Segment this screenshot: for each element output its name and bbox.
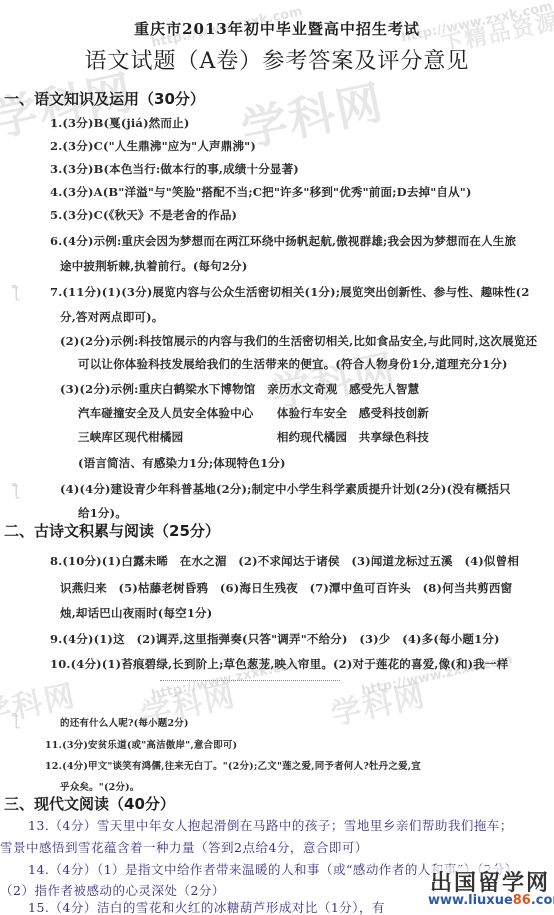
answer-line: 6.(4分)示例:重庆会因为梦想而在两江环绕中扬帆起航,傲视群雄;我会因为梦想而… <box>50 233 516 249</box>
answer-line: 识燕归来 (5)枯藤老树昏鸦 (6)海日生残夜 (7)潭中鱼可百许头 (8)何当… <box>60 580 512 596</box>
answer-line: （2）指作者被感动的心灵深处（2分） <box>0 881 225 899</box>
logo-url-accent: 86 <box>513 893 531 908</box>
answer-line: 10.(4分)(1)苔痕碧绿,长到阶上;草色葱茏,映入帘里。(2)对于莲花的喜爱… <box>50 656 508 672</box>
margin-scribble: ƪ <box>14 710 19 729</box>
margin-scribble: ƪ <box>14 480 19 499</box>
logo-url-prefix: www.liuxue <box>428 893 513 908</box>
answer-line: 13.（4分）雪天里中年女人抱起滑倒在马路中的孩子；雪地里乡亲们帮助我们拖车； <box>28 816 513 834</box>
answer-line: (3)(2分)示例:重庆白鹤梁水下博物馆 亲历水文奇观 感受先人智慧 <box>60 381 419 397</box>
answer-line: 三峡库区现代柑橘园 相约现代橘园 共享绿色科技 <box>78 429 429 445</box>
answer-line: 乎众矣。"(2分)。 <box>60 779 140 793</box>
answer-line: 给1分)。 <box>78 505 127 521</box>
watermark-brand: 学科网 <box>235 66 390 160</box>
answer-line: 8.(10分)(1)白露未晞 在水之湄 (2)不求闻达于诸侯 (3)闻道龙标过五… <box>50 553 519 569</box>
answer-line: 途中披荆斩棘,执着前行。(每句2分) <box>60 258 248 274</box>
main-title: 语文试题（A卷）参考答案及评分意见 <box>0 44 554 75</box>
site-logo-url: www.liuxue86.com <box>428 893 554 908</box>
answer-line: 分,答对两点即可)。 <box>60 309 163 325</box>
answer-line: 12.(4分)甲文"谈笑有鸿儒,往来无白丁。"(2分);乙文"莲之爱,同予者何人… <box>45 758 421 772</box>
answer-line: 3.(3分)B(本色当行:做本行的事,成绩十分显著) <box>50 161 299 177</box>
answer-line: 4.(3分)A(B"洋溢"与"笑脸"搭配不当;C把"许多"移到"优秀"前面;D去… <box>50 184 472 200</box>
exam-title: 重庆市2013年初中毕业暨高中招生考试 <box>0 18 554 39</box>
answer-line: 雪景中感悟到雪花蕴含着一种力量（答到2点给4分，意合即可） <box>0 838 368 856</box>
answer-line: 2.(3分)C("人生鼎沸"应为"人声鼎沸") <box>50 138 256 154</box>
answer-line: 11.(3分)安贫乐道(或"高洁傲岸",意合即可) <box>45 737 237 751</box>
answer-line: 汽车碰撞安全及人员安全体验中心 体验行车安全 感受科技创新 <box>78 405 429 421</box>
logo-url-suffix: .com <box>531 893 554 908</box>
section-heading-2: 二、古诗文积累与阅读（25分） <box>4 520 220 541</box>
answer-line: (4)(4分)建设青少年科普基地(2分);制定中小学生科学素质提升计划(2分)(… <box>60 481 511 497</box>
section-heading-1: 一、语文知识及运用（30分） <box>4 88 205 109</box>
answer-line: (2)(2分)示例:科技馆展示的内容与我们的生活密切相关,比如食品安全,与此同时… <box>60 333 537 349</box>
answer-line: 15.（4分）洁白的雪花和火红的冰糖葫芦形成对比（1分），有 <box>28 898 385 915</box>
answer-line: 9.(4分)(1)这 (2)调弄,这里指弹奏(只答"调弄"不给分) (3)少 (… <box>50 631 500 647</box>
answer-line: 烛,却话巴山夜雨时(每空1分) <box>60 605 212 621</box>
dotted-rule <box>160 680 340 681</box>
section-heading-3: 三、现代文阅读（40分） <box>4 793 175 814</box>
answer-line: 可以让你体验科技发展给我们的生活带来的便宜。(符合人物身份1分,道理充分1分) <box>78 356 508 372</box>
answer-line: 的还有什么人呢?(每小题2分) <box>60 715 189 729</box>
answer-line: 7.(11分)(1)(3分)展览内容与公众生活密切相关(1分);展览突出创新性、… <box>50 284 530 300</box>
answer-line: 1.(3分)B(戛(jiá)然而止) <box>50 115 189 131</box>
watermark-brand: 学科网 <box>326 671 429 734</box>
answer-line: 5.(3分)C(《秋天》不是老舍的作品) <box>50 207 237 223</box>
margin-scribble: ƪ <box>14 282 19 301</box>
answer-line: (语言简洁、有感染力1分;体现特色1分) <box>78 455 286 471</box>
